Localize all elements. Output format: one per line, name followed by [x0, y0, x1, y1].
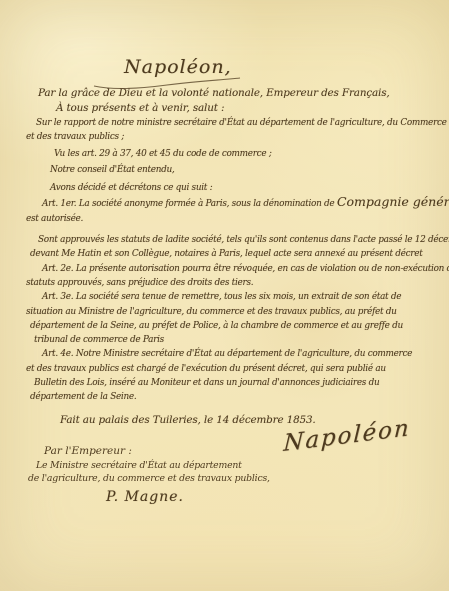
manuscript-line: est autorisée.: [26, 212, 435, 226]
manuscript-line: et des travaux publics ;: [26, 130, 435, 144]
manuscript-line: Notre conseil d'État entendu,: [50, 163, 435, 177]
manuscript-line: Art. 1er. La société anonyme formée à Pa…: [42, 195, 435, 211]
manuscript-line: situation au Ministre de l'agriculture, …: [26, 305, 435, 319]
manuscript-line: À tous présents et à venir, salut :: [56, 101, 435, 116]
manuscript-line: département de la Seine, au préfet de Po…: [30, 319, 435, 333]
title-text: Napoléon,: [124, 56, 232, 78]
manuscript-line: département de la Seine.: [30, 390, 435, 404]
manuscript-lines: Par la grâce de Dieu et la volonté natio…: [26, 86, 435, 428]
manuscript-line: Art. 3e. La société sera tenue de remett…: [42, 290, 435, 304]
manuscript-line: Art. 4e. Notre Ministre secrétaire d'Éta…: [42, 347, 435, 361]
manuscript-line: statuts approuvés, sans préjudice des dr…: [26, 276, 435, 290]
manuscript-line: devant Me Hatin et son Collègue, notaire…: [30, 247, 435, 261]
manuscript-line: et des travaux publics est chargé de l'e…: [26, 362, 435, 376]
manuscript-line: Art. 2e. La présente autorisation pourra…: [42, 262, 435, 276]
minister-title-line-2: de l'agriculture, du commerce et des tra…: [28, 472, 435, 486]
title-flourish-swash: [92, 76, 242, 90]
minister-title-line-1: Le Ministre secrétaire d'État au départe…: [36, 459, 435, 473]
by-emperor-line: Par l'Empereur :: [44, 444, 435, 459]
manuscript-line: Bulletin des Lois, inséré au Moniteur et…: [34, 376, 435, 390]
document-page: Napoléon, Par la grâce de Dieu et la vol…: [0, 0, 449, 591]
manuscript-line: Avons décidé et décrétons ce qui suit :: [50, 181, 435, 195]
manuscript-line: Sont approuvés les statuts de ladite soc…: [38, 233, 435, 247]
manuscript-line: tribunal de commerce de Paris: [34, 333, 435, 347]
document-title: Napoléon,: [124, 56, 244, 78]
closing-block: Par l'Empereur : Le Ministre secrétaire …: [26, 444, 435, 505]
minister-signature: P. Magne.: [106, 489, 435, 505]
manuscript-line: Vu les art. 29 à 37, 40 et 45 du code de…: [54, 147, 435, 161]
manuscript-line: Sur le rapport de notre ministre secréta…: [36, 116, 435, 130]
